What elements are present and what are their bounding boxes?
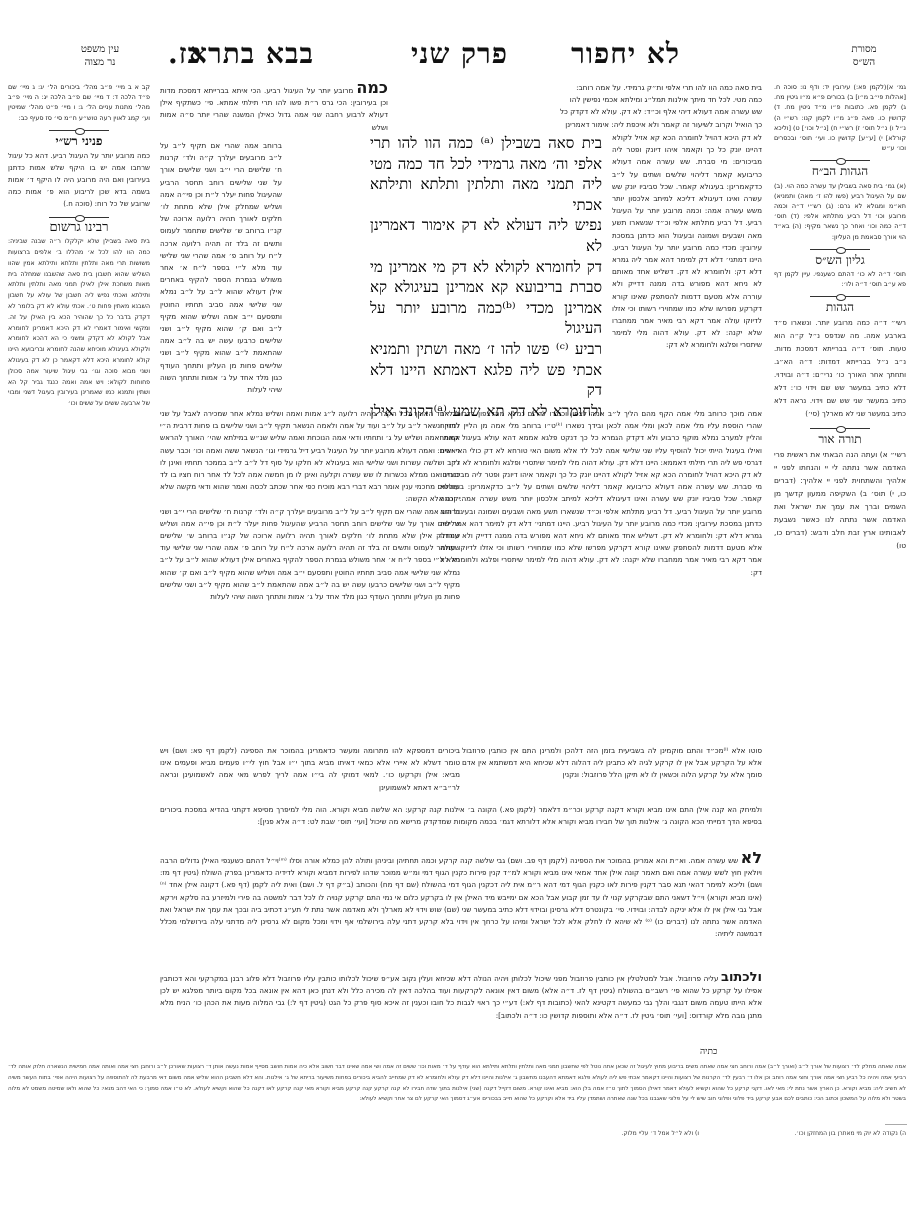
- hagahot-habach-text: (א) גמ׳ בית סאה בשבילן עד עשרה כמה הוי. …: [774, 181, 906, 242]
- tractate-name: בבא בתרא: [189, 37, 314, 71]
- tosafot-paragraph: ולמיחק הא קנה אילן התם אינו מביא וקורא ד…: [160, 804, 762, 828]
- page-header: מסורת הש״ס לא יחפור פרק שני בבא בתרא כז.…: [0, 35, 914, 75]
- tosafot-dibur-hamatchil: לא: [741, 852, 762, 867]
- footnote-a: ה) נקודה לא יוק מי מאתרן בון המחזקן וכו׳…: [794, 1130, 906, 1137]
- talmud-page: מסורת הש״ס לא יחפור פרק שני בבא בתרא כז.…: [0, 0, 914, 1213]
- masoret-hashas-text: גמ׳ א)(לקמן פא:) עירובין יד: ודף נו: סוכ…: [774, 82, 906, 153]
- tosafot-full-1: ולמיחק הא קנה אילן התם אינו מביא וקורא ד…: [160, 804, 762, 852]
- tosafot-full-3: ולכתוב עליה פרוזבול. אבל למטלטלין אין כו…: [160, 972, 762, 1046]
- gemara-line: רביע ⁽ᶜ⁾ פשו להו ז׳ מאה ושתין ותמניא: [370, 339, 602, 360]
- ornament-divider: [810, 249, 870, 250]
- right-margin: גמ׳ א)(לקמן פא:) עירובין יד: ודף נו: סוכ…: [774, 82, 906, 1092]
- rashi-line: בית סאה כמה הוו להו תרי אלפי ות״ק גרמידי…: [440, 82, 762, 94]
- hagahot-habach-title: הגהות הב״ח: [774, 166, 906, 176]
- rashi-lower-continued: לא דק היכא דהויל לחומרה הכא קא אזיל לקול…: [440, 469, 762, 579]
- rabbeinu-gershom-text: בית סאה בשבילן שלא יקלקלו ר״ה שבנה שביני…: [8, 237, 150, 410]
- masoret-hashas-label: מסורת הש״ס: [834, 43, 894, 69]
- gemara-line: סברת בריבועא קא אמרינן בעיגולא קא: [370, 277, 602, 298]
- gemara-text: בית סאה בשבילן ⁽ᵃ⁾ כמה הוו להו תרי אלפי …: [370, 133, 602, 423]
- rashi-line: שש עשרה אמה דעולא דיהי אלף וכ״ד: לא דק. …: [440, 106, 762, 118]
- gemara-line: דק לחומרא לקולא לא דק מי אמרינן מי: [370, 257, 602, 278]
- tosafot-dibur-hamatchil: ולכתוב: [721, 972, 762, 985]
- left-margin: קב א ב מיי׳ פ״ב מהל׳ ביכורים הל׳ יג: ג מ…: [8, 82, 150, 1062]
- ein-mishpat-text: קב א ב מיי׳ פ״ב מהל׳ ביכורים הל׳ יג: ג מ…: [8, 82, 150, 123]
- hagahot-text: רשי״ ד״ה כמה מרובע יותר. ונשארו ס״ד בארב…: [774, 317, 906, 421]
- gemara-line: בית סאה בשבילן ⁽ᵃ⁾ כמה הוו להו תרי: [370, 133, 602, 154]
- ein-mishpat-label: עין משפט נר מצוה: [60, 43, 140, 69]
- gemara-line: אלפי וה׳ מאה גרמידי לכל חד כמה מטי: [370, 154, 602, 175]
- folio-number: כז.: [168, 37, 202, 71]
- rashi-line: כמה מטי. לכל חד מיתך אילנות תמל״ג ומילתא…: [440, 94, 762, 106]
- gemara-line: ליה תמני מאה ותלתין ותלתא ותילתא אכתי: [370, 174, 602, 215]
- gemara-line: נפיש ליה דעולא לא דק אימור דאמרינן לא: [370, 215, 602, 256]
- tosafot-head-text: מרובע יותר על העיגול רביע. הכי איתא בברי…: [160, 86, 388, 132]
- hagahot-title: הגהות: [774, 302, 906, 312]
- rashi-body: לא דק היכא דהויל לחומרה הכא קא אזיל לקול…: [612, 132, 762, 352]
- ornament-divider: [810, 160, 870, 161]
- ornament-divider: [49, 217, 109, 218]
- penei-rashi-text: כמה מרובע יותר על העיגול רביע. דהא כל עי…: [8, 150, 150, 210]
- tosafot-bottom-left: ביכורים דמספקא להו מתרומה ומעשר כדאמרינן…: [160, 745, 460, 803]
- tosafot-paragraph: סוטו אלא ⁽ˡ⁾מכ״ד והתם מוקמינן לה בשביעית…: [462, 745, 762, 782]
- tosafot-lower-text: לד אחד האורך לכל הקלר מהיה רלועה ל״ג אמו…: [160, 408, 460, 506]
- gilyon-hashas-title: גליון הש״ס: [774, 255, 906, 265]
- tosafot-head: כמה מרובע יותר על העיגול רביע. הכי איתא …: [160, 82, 388, 142]
- tosafot-column: ברוחב אמה שהרי אם תקיף ל״ב על ל״ב מרובעי…: [160, 140, 282, 410]
- tosafot-lower: לד אחד האורך לכל הקלר מהיה רלועה ל״ג אמו…: [160, 408, 460, 743]
- rabbeinu-gershom-title: רבינו גרשום: [8, 223, 150, 233]
- rashi-lower: אמה מוכך כרוחב מלי אמה הקף מהם הליך ל״ב …: [440, 408, 762, 743]
- tosafot-paragraph: שש עשרה אמה. וא״ת והא אמרינן בהמוכר את ה…: [160, 856, 762, 938]
- gemara-line: אכתי פש ליה פלגא דאמתא היינו דלא דק: [370, 360, 602, 401]
- ornament-divider: [810, 296, 870, 297]
- tosafot-full-2: לא שש עשרה אמה. וא״ת והא אמרינן בהמוכר א…: [160, 852, 762, 972]
- tosafot-paragraph: ביכורים דמספקא להו מתרומה ומעשר כדאמרינן…: [160, 745, 460, 794]
- rashi-top-lines: בית סאה כמה הוו להו תרי אלפי ות״ק גרמידי…: [440, 82, 762, 132]
- footer-commentary: אמה שאתה מחלק לד׳ רצועות של אורך ל״ב (וא…: [8, 1062, 906, 1138]
- gemara-line: אמרינן מכדי ⁽ᵇ⁾כמה מרובע יותר על העיגול: [370, 298, 602, 339]
- footer-rule: [885, 1124, 907, 1125]
- tosafot-paragraph: עליה פרוזבול. אבל למטלטלין אין כותבין פר…: [160, 974, 762, 1020]
- torah-or-text: רשי״ א) ועתה הנה הבאתי את ראשית פרי האדמ…: [774, 448, 906, 552]
- ornament-divider: [810, 428, 870, 429]
- ornament-divider: [49, 130, 109, 131]
- chapter-number: פרק שני: [411, 37, 508, 71]
- rashi-lower-text: אמה מוכך כרוחב מלי אמה הקף מהם הליך ל״ב …: [440, 408, 762, 469]
- catchword: כתיה: [700, 1046, 717, 1057]
- penei-rashi-title: פניני רש״י: [8, 136, 150, 146]
- chapter-name: לא יחפור: [571, 37, 680, 71]
- tosafot-lower-continued: ברוחב אמה שהרי אם תקיף ל״ב על ל״ב מרובעי…: [160, 506, 460, 604]
- rashi-column: לא דק היכא דהויל לחומרה הכא קא אזיל לקול…: [612, 132, 762, 400]
- tosafot-opening-word: כמה: [356, 82, 388, 97]
- tosafot-body: ברוחב אמה שהרי אם תקיף ל״ב על ל״ב מרובעי…: [160, 140, 282, 396]
- rashi-line: כך הואיל וקרוב לשיעור זה קאמר ולא איכפת …: [440, 119, 762, 131]
- footnote-b: ו) ולא ל״ל אמל ד׳ עליי מלוק.: [621, 1130, 699, 1137]
- gilyon-hashas-text: תוס׳ ד״ה לא כו׳ דהתם כשענפי. עיין לקמן ד…: [774, 269, 906, 289]
- torah-or-title: תורה אור: [774, 434, 906, 444]
- tosafot-bottom-right: סוטו אלא ⁽ˡ⁾מכ״ד והתם מוקמינן לה בשביעית…: [462, 745, 762, 803]
